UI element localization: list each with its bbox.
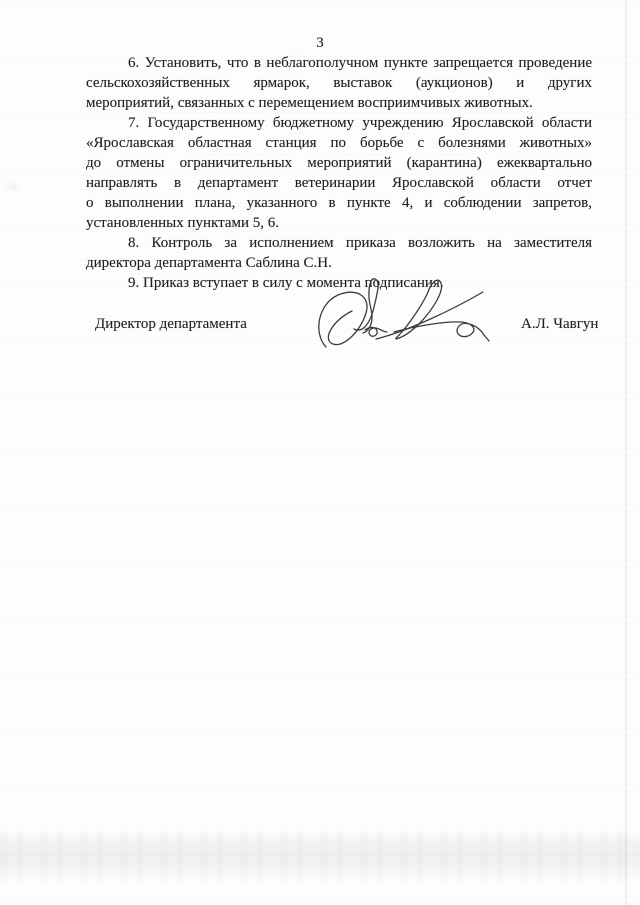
document-line: мероприятий, связанных с перемещением во… [86, 93, 592, 113]
signature-icon [310, 268, 496, 362]
signatory-name: А.Л. Чавгун [521, 316, 598, 333]
document-line: до отмены ограничительных мероприятий (к… [86, 153, 592, 173]
document-line: направлять в департамент ветеринарии Яро… [86, 173, 592, 193]
scan-smudge [1, 179, 25, 196]
document-line: 7. Государственному бюджетному учреждени… [86, 113, 592, 133]
scanned-order-page: { "page": { "number": "3", "background_c… [0, 0, 640, 905]
document-line: сельскохозяйственных ярмарок, выставок (… [86, 73, 592, 93]
document-line: «Ярославская областная станция по борьбе… [86, 133, 592, 153]
document-line: 6. Установить, что в неблагополучном пун… [86, 53, 592, 73]
document-line: установленных пунктами 5, 6. [86, 213, 592, 233]
scan-shadow-band [0, 831, 640, 881]
page-number: 3 [0, 35, 640, 52]
scan-edge-line [625, 0, 627, 905]
document-body: 6. Установить, что в неблагополучном пун… [86, 53, 592, 293]
scan-shadow-texture [0, 831, 640, 881]
document-line: о выполнении плана, указанного в пункте … [86, 193, 592, 213]
document-line: 8. Контроль за исполнением приказа возло… [86, 233, 592, 253]
position-title-label: Директор департамента [95, 316, 247, 333]
